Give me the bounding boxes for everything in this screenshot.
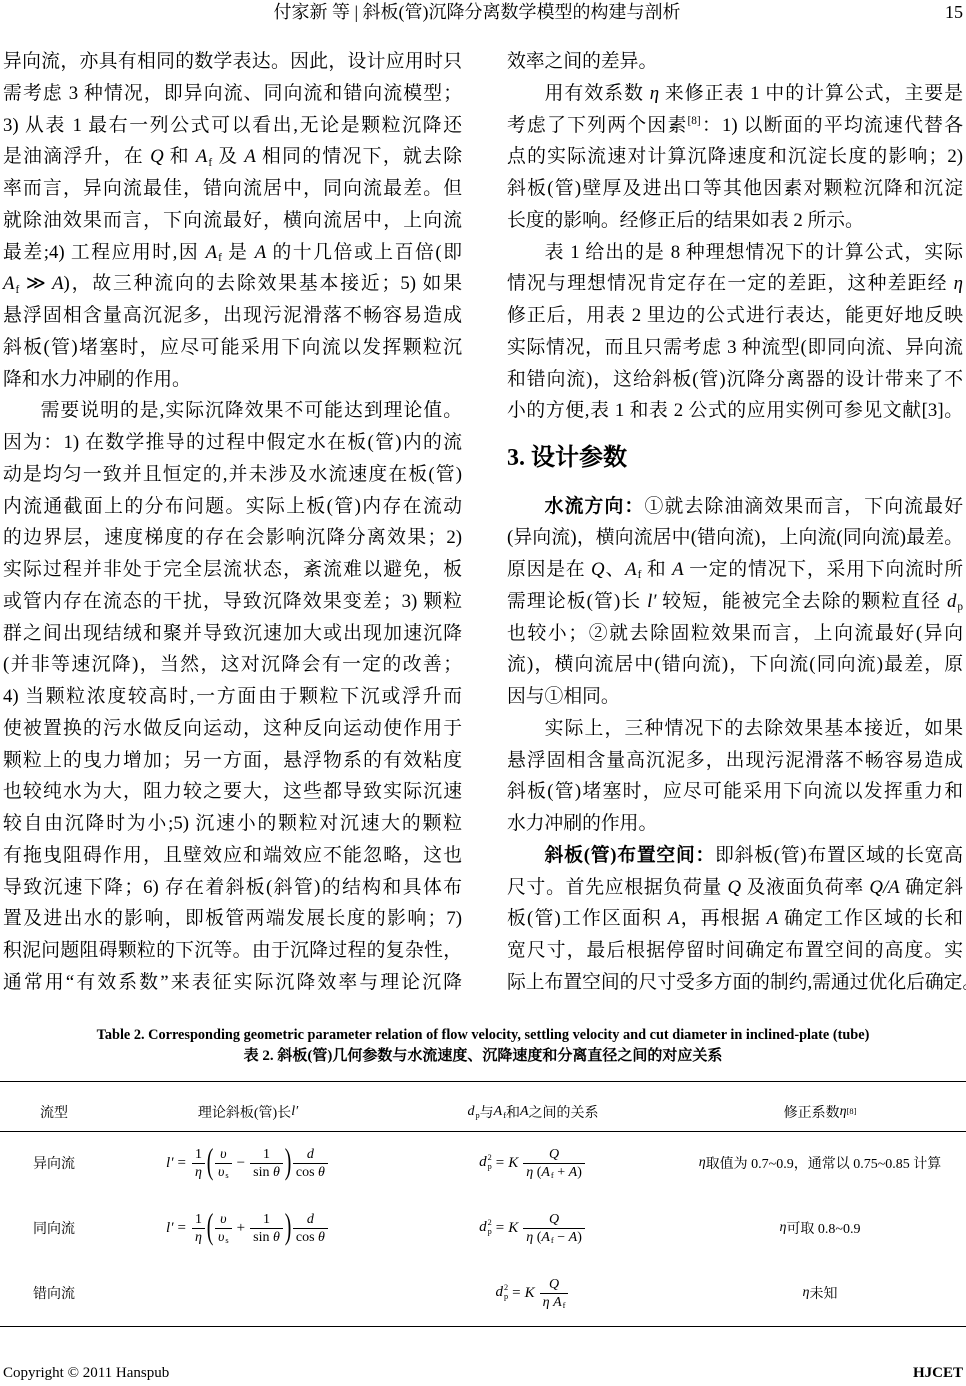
table-header-plate-length: 理论斜板(管)长 l′ (108, 1092, 388, 1132)
text-line: 尺寸。首先应根据负荷量 Q 及液面负荷率 Q/A 确定斜 (507, 872, 963, 904)
fraction: υ υs (215, 1211, 232, 1246)
math-variable: θ (318, 1165, 325, 1180)
relation-formula: d2p = K Q η (Af + A) (479, 1146, 587, 1181)
numerator: d (293, 1211, 328, 1229)
text-line: 4) 当颗粒浓度较高时,一方面由于颗粒下沉或浮升而 (3, 681, 462, 713)
text-line: 较自由沉降时为小;5) 沉速小的颗粒对沉速大的颗粒 (3, 808, 462, 840)
math-variable: Q (728, 877, 742, 898)
math-variable: A (668, 908, 679, 929)
math-variable: η (840, 1104, 847, 1120)
math-variable: η (526, 1230, 533, 1245)
relation-formula: d2p = K Q η Af (496, 1276, 571, 1311)
text-line: 用有效系数 η 来修正表 1 中的计算公式，主要是 (507, 78, 963, 110)
subscript: p (475, 1111, 479, 1120)
text-line: 颗粒上的曳力增加；另一方面，悬浮物系的有效粘度 (3, 745, 462, 777)
text-line: 悬浮固相含量高沉泥多，出现污泥滑落不畅容易造成 (507, 745, 963, 777)
math-variable: l′ (291, 1104, 298, 1120)
math-variable: A (767, 908, 778, 929)
subscript: f (551, 1171, 554, 1180)
math-variable: A (569, 1165, 578, 1180)
text-line: 长度的影响。经修正后的结果如表 2 所示。 (507, 205, 963, 237)
text-line: 水流方向：①就去除油滴效果而言，下向流最好 (507, 491, 963, 523)
text-line: 板(管)工作区面积 A，再根据 A 确定工作区域的长和 (507, 903, 963, 935)
table-cell-flow-type: 同向流 (0, 1208, 108, 1248)
text-line: 是油滴浮升，在 Q 和 Af 及 A 相同的情况下，就去除 (3, 141, 462, 173)
subscript: f (551, 1236, 554, 1245)
math-variable: η (543, 1295, 550, 1310)
math-variable: θ (318, 1230, 325, 1245)
table-bottom-rule (0, 1326, 966, 1327)
math-variable: η (803, 1285, 810, 1301)
left-text-column: 异向流，亦具有相同的数学表达。因此，设计应用时只需考虑 3 种情况，即异向流、同… (3, 46, 462, 999)
close-paren: ) (285, 1143, 292, 1179)
open-paren: ( (207, 1143, 214, 1179)
math-variable: Q (591, 559, 605, 580)
subscript: s (225, 1236, 228, 1245)
close-paren: ) (285, 1208, 292, 1244)
table-caption-english: Table 2. Corresponding geometric paramet… (0, 1025, 966, 1045)
denominator: υs (215, 1164, 232, 1181)
math-variable: d (496, 1284, 504, 1300)
section-heading: 3. 设计参数 (507, 427, 963, 491)
denominator: η (192, 1164, 205, 1181)
text-line: 实际过程并非处于完全层流状态，紊流难以避免，板 (3, 554, 462, 586)
table-caption-chinese: 表 2. 斜板(管)几何参数与水流速度、沉降速度和分离直径之间的对应关系 (0, 1046, 966, 1066)
text-line: 效率之间的差异。 (507, 46, 963, 78)
subscript: f (563, 1301, 566, 1310)
formula-lhs: l′ (166, 1155, 173, 1172)
text-line: 需考虑 3 种情况，即异向流、同向流和错向流模型； (3, 78, 462, 110)
right-text-column: 效率之间的差异。用有效系数 η 来修正表 1 中的计算公式，主要是考虑了下列两个… (507, 46, 963, 999)
numerator: 1 (192, 1211, 205, 1229)
table-cell-coefficient: η 未知 (678, 1273, 962, 1313)
text-line: 的边界层，速度梯度的存在会影响沉降分离效果；2) (3, 522, 462, 554)
length-formula: l′ = 1 η ( υ υs − 1 sin θ ) d cos θ (166, 1145, 330, 1181)
text-line: 也较纯水为大，阻力较之要大，这些都导致实际沉速 (3, 776, 462, 808)
text-line: 或管内存在流态的干扰，导致沉降效果变差；3) 颗粒 (3, 586, 462, 618)
math-variable: Af (553, 1295, 565, 1310)
text-line: 宽尺寸，最后根据停留时间确定布置空间的高度。实 (507, 935, 963, 967)
text-line: 斜板(管)壁厚及进出口等其他因素对颗粒沉降和沉淀 (507, 173, 963, 205)
citation-marker: [8] (688, 115, 701, 127)
math-variable: A (672, 559, 683, 580)
subscript: p (504, 1293, 508, 1302)
text-line: 有拖曳阻碍作用，且壁效应和端效应不能忽略，这也 (3, 840, 462, 872)
numerator: υ (215, 1211, 232, 1229)
math-variable: Af (196, 146, 212, 167)
math-variable: υs (218, 1230, 229, 1245)
text-line: 悬浮固相含量高沉泥多，出现污泥滑落不畅容易造成 (3, 300, 462, 332)
text-line: 小的方便,表 1 和表 2 公式的应用实例可参见文献[3]。 (507, 395, 963, 427)
copyright-notice: Copyright © 2011 Hanspub (3, 1362, 169, 1384)
text-line: 通常用“有效系数”来表征实际沉降效率与理论沉降 (3, 967, 462, 999)
math-variable: Af (494, 1104, 506, 1120)
text-line: 斜板(管)堵塞时，应尽可能采用下向流以发挥重力和 (507, 776, 963, 808)
table-header-coefficient: 修正系数 η[8] (678, 1092, 962, 1132)
table-cell-length-formula: l′ = 1 η ( υ υs − 1 sin θ ) d cos θ (108, 1143, 388, 1183)
subscript: f (638, 569, 642, 581)
open-paren: ( (207, 1208, 214, 1244)
numerator: Q (523, 1146, 585, 1164)
text-line: 动是均匀一致并且恒定的,并未涉及水流速度在板(管) (3, 459, 462, 491)
denominator: η (192, 1229, 205, 1246)
math-variable: Af (3, 273, 19, 294)
sub-superscript: 2p (504, 1284, 508, 1301)
math-variable: η (699, 1155, 706, 1171)
text-line: 3) 从表 1 最右一列公式可以看出,无论是颗粒沉降还 (3, 110, 462, 142)
math-variable: Q/A (869, 877, 899, 898)
numerator: 1 (250, 1146, 283, 1164)
equals-sign: = (178, 1220, 186, 1237)
subscript: p (488, 1163, 492, 1172)
fraction: υ υs (215, 1146, 232, 1181)
text-line: 内流通截面上的分布问题。实际上板(管)内存在流动 (3, 491, 462, 523)
constant-k: K (508, 1155, 518, 1172)
text-line: Af ≫ A)，故三种流向的去除效果基本接近；5) 如果 (3, 268, 462, 300)
text-line: 也较小；②就去除固粒效果而言，上向流最好(异向 (507, 618, 963, 650)
math-variable: η (779, 1220, 786, 1236)
text-line: 际上布置空间的尺寸受多方面的制约,需通过优化后确定。 (507, 967, 963, 999)
operator: − (237, 1155, 245, 1172)
table-header-flow-type: 流型 (0, 1092, 108, 1132)
math-variable: l′ (647, 591, 656, 612)
denominator: η (Af − A) (523, 1229, 585, 1246)
subscript: s (225, 1171, 228, 1180)
journal-abbreviation: HJCET (913, 1362, 963, 1384)
formula-lhs: d2p (496, 1284, 509, 1301)
constant-k: K (508, 1220, 518, 1237)
text-line: 实际情况，而且只需考虑 3 种流型(即同向流、异向流 (507, 332, 963, 364)
fraction: Q η (Af + A) (523, 1146, 585, 1181)
text-line: 斜板(管)布置空间：即斜板(管)布置区域的长宽高 (507, 840, 963, 872)
subscript: f (208, 157, 212, 169)
math-variable: Q (150, 146, 164, 167)
subscript: p (488, 1228, 492, 1237)
math-variable: Af (541, 1230, 553, 1245)
math-variable: η (526, 1165, 533, 1180)
math-variable: Af (541, 1165, 553, 1180)
denominator: sin θ (250, 1164, 283, 1181)
subscript: p (957, 601, 963, 613)
text-line: 群之间出现结绒和聚并导致沉速加大或出现加速沉降 (3, 618, 462, 650)
text-line: 最差;4) 工程应用时,因 Af 是 A 的十几倍或上百倍(即 (3, 237, 462, 269)
equals-sign: = (178, 1155, 186, 1172)
fraction: d cos θ (293, 1211, 328, 1246)
text-line: 和错向流)，这给斜板(管)沉降分离器的设计带来了不 (507, 364, 963, 396)
text-line: 修正后，用表 2 里边的公式进行表达，能更好地反映 (507, 300, 963, 332)
table-cell-coefficient: η 取值为 0.7~0.9，通常以 0.75~0.85 计算 (678, 1143, 962, 1183)
text-line: 原因是在 Q、Af 和 A 一定的情况下，采用下向流时所 (507, 554, 963, 586)
denominator: η Af (540, 1294, 569, 1311)
numerator: Q (540, 1276, 569, 1294)
text-line: 需要说明的是,实际沉降效果不可能达到理论值。 (3, 395, 462, 427)
table-cell-coefficient: η 可取 0.8~0.9 (678, 1208, 962, 1248)
subscript: f (503, 1111, 506, 1120)
text-line: (并非等速沉降)，当然，这对沉降会有一定的改善； (3, 649, 462, 681)
denominator: υs (215, 1229, 232, 1246)
text-line: 异向流，亦具有相同的数学表达。因此，设计应用时只 (3, 46, 462, 78)
text-line: 点的实际流速对计算沉降速度和沉淀长度的影响；2) (507, 141, 963, 173)
equals-sign: = (496, 1155, 504, 1172)
numerator: υ (215, 1146, 232, 1164)
fraction: 1 sin θ (250, 1146, 283, 1181)
text-line: 斜板(管)堵塞时，应尽可能采用下向流以发挥颗粒沉 (3, 332, 462, 364)
denominator: cos θ (293, 1164, 328, 1181)
text-line: 流)，横向流居中(错向流)，下向流(同向流)最差，原 (507, 649, 963, 681)
table-cell-flow-type: 错向流 (0, 1273, 108, 1313)
relation-formula: d2p = K Q η (Af − A) (479, 1211, 587, 1246)
page-number: 15 (945, 0, 963, 24)
text-line: 降和水力冲刷的作用。 (3, 364, 462, 396)
formula-lhs: d2p (479, 1154, 492, 1171)
constant-k: K (525, 1285, 535, 1302)
text-line: 因为：1) 在数学推导的过程中假定水在板(管)内的流 (3, 427, 462, 459)
fraction: d cos θ (293, 1146, 328, 1181)
table-header-relation: dp 与 Af 和 A 之间的关系 (388, 1092, 678, 1132)
operator: + (237, 1220, 245, 1237)
text-line: 水力冲刷的作用。 (507, 808, 963, 840)
running-header: 付家新 等 | 斜板(管)沉降分离数学模型的构建与剖析 15 (0, 0, 966, 26)
numerator: 1 (192, 1146, 205, 1164)
text-line: 率而言，异向流最佳，错向流居中，同向流最差。但 (3, 173, 462, 205)
subscript: f (218, 252, 222, 264)
numerator: 1 (250, 1211, 283, 1229)
math-variable: d (479, 1219, 487, 1235)
math-variable: θ (273, 1230, 280, 1245)
math-variable: dp (947, 591, 963, 612)
fraction: 1 sin θ (250, 1211, 283, 1246)
table-cell-relation-formula: d2p = K Q η (Af − A) (388, 1208, 678, 1248)
text-line: 考虑了下列两个因素[8]：1) 以断面的平均流速代替各 (507, 110, 963, 142)
numerator: Q (523, 1211, 585, 1229)
table-cell-relation-formula: d2p = K Q η Af (388, 1273, 678, 1313)
math-variable: d (479, 1154, 487, 1170)
fraction: 1 η (192, 1211, 205, 1246)
equals-sign: = (512, 1285, 520, 1302)
math-variable: dp (467, 1104, 479, 1120)
table-top-rule (0, 1081, 966, 1082)
text-line: 因与①相同。 (507, 681, 963, 713)
fraction: Q η Af (540, 1276, 569, 1311)
text-line: 导致沉速下降；6) 存在着斜板(斜管)的结构和具体布 (3, 872, 462, 904)
math-variable: A (569, 1230, 578, 1245)
math-variable: A (255, 242, 266, 263)
denominator: sin θ (250, 1229, 283, 1246)
bold-label: 水流方向： (545, 496, 645, 517)
numerator: d (293, 1146, 328, 1164)
table-cell-length-formula: l′ = 1 η ( υ υs + 1 sin θ ) d cos θ (108, 1208, 388, 1248)
fraction: 1 η (192, 1146, 205, 1181)
formula-lhs: d2p (479, 1219, 492, 1236)
bold-label: 斜板(管)布置空间： (545, 845, 715, 866)
text-line: 置及进出水的影响，即板管两端发展长度的影响；7) (3, 903, 462, 935)
denominator: η (Af + A) (523, 1164, 585, 1181)
running-header-title: 付家新 等 | 斜板(管)沉降分离数学模型的构建与剖析 (0, 0, 960, 24)
fraction: Q η (Af − A) (523, 1211, 585, 1246)
formula-lhs: l′ (166, 1220, 173, 1237)
text-line: 实际上，三种情况下的去除效果基本接近，如果 (507, 713, 963, 745)
math-variable: A (244, 146, 255, 167)
math-variable: Af (625, 559, 641, 580)
table-cell-relation-formula: d2p = K Q η (Af + A) (388, 1143, 678, 1183)
math-variable: Af (206, 242, 222, 263)
sub-superscript: 2p (488, 1219, 492, 1236)
text-line: 积泥问题阻碍颗粒的下沉等。由于沉降过程的复杂性， (3, 935, 462, 967)
text-line: (异向流)，横向流居中(错向流)，上向流(同向流)最差。 (507, 522, 963, 554)
text-line: 就除油效果而言，下向流最好，横向流居中，上向流 (3, 205, 462, 237)
math-variable: A (52, 273, 63, 294)
length-formula: l′ = 1 η ( υ υs + 1 sin θ ) d cos θ (166, 1210, 330, 1246)
subscript: f (15, 284, 19, 296)
table-cell-length-formula-empty (108, 1273, 388, 1313)
sub-superscript: 2p (488, 1154, 492, 1171)
equals-sign: = (496, 1220, 504, 1237)
table-cell-flow-type: 异向流 (0, 1143, 108, 1183)
math-variable: θ (273, 1165, 280, 1180)
text-line: 需理论板(管)长 l′ 较短，能被完全去除的颗粒直径 dp (507, 586, 963, 618)
math-variable: υs (218, 1165, 229, 1180)
math-variable: η (954, 273, 963, 294)
text-line: 使被置换的污水做反向运动，这种反向运动使作用于 (3, 713, 462, 745)
text-line: 情况与理想情况肯定存在一定的差距，这种差距经 η (507, 268, 963, 300)
math-variable: η (650, 83, 659, 104)
text-line: 表 1 给出的是 8 种理想情况下的计算公式，实际 (507, 237, 963, 269)
denominator: cos θ (293, 1229, 328, 1246)
math-variable: A (520, 1104, 529, 1120)
